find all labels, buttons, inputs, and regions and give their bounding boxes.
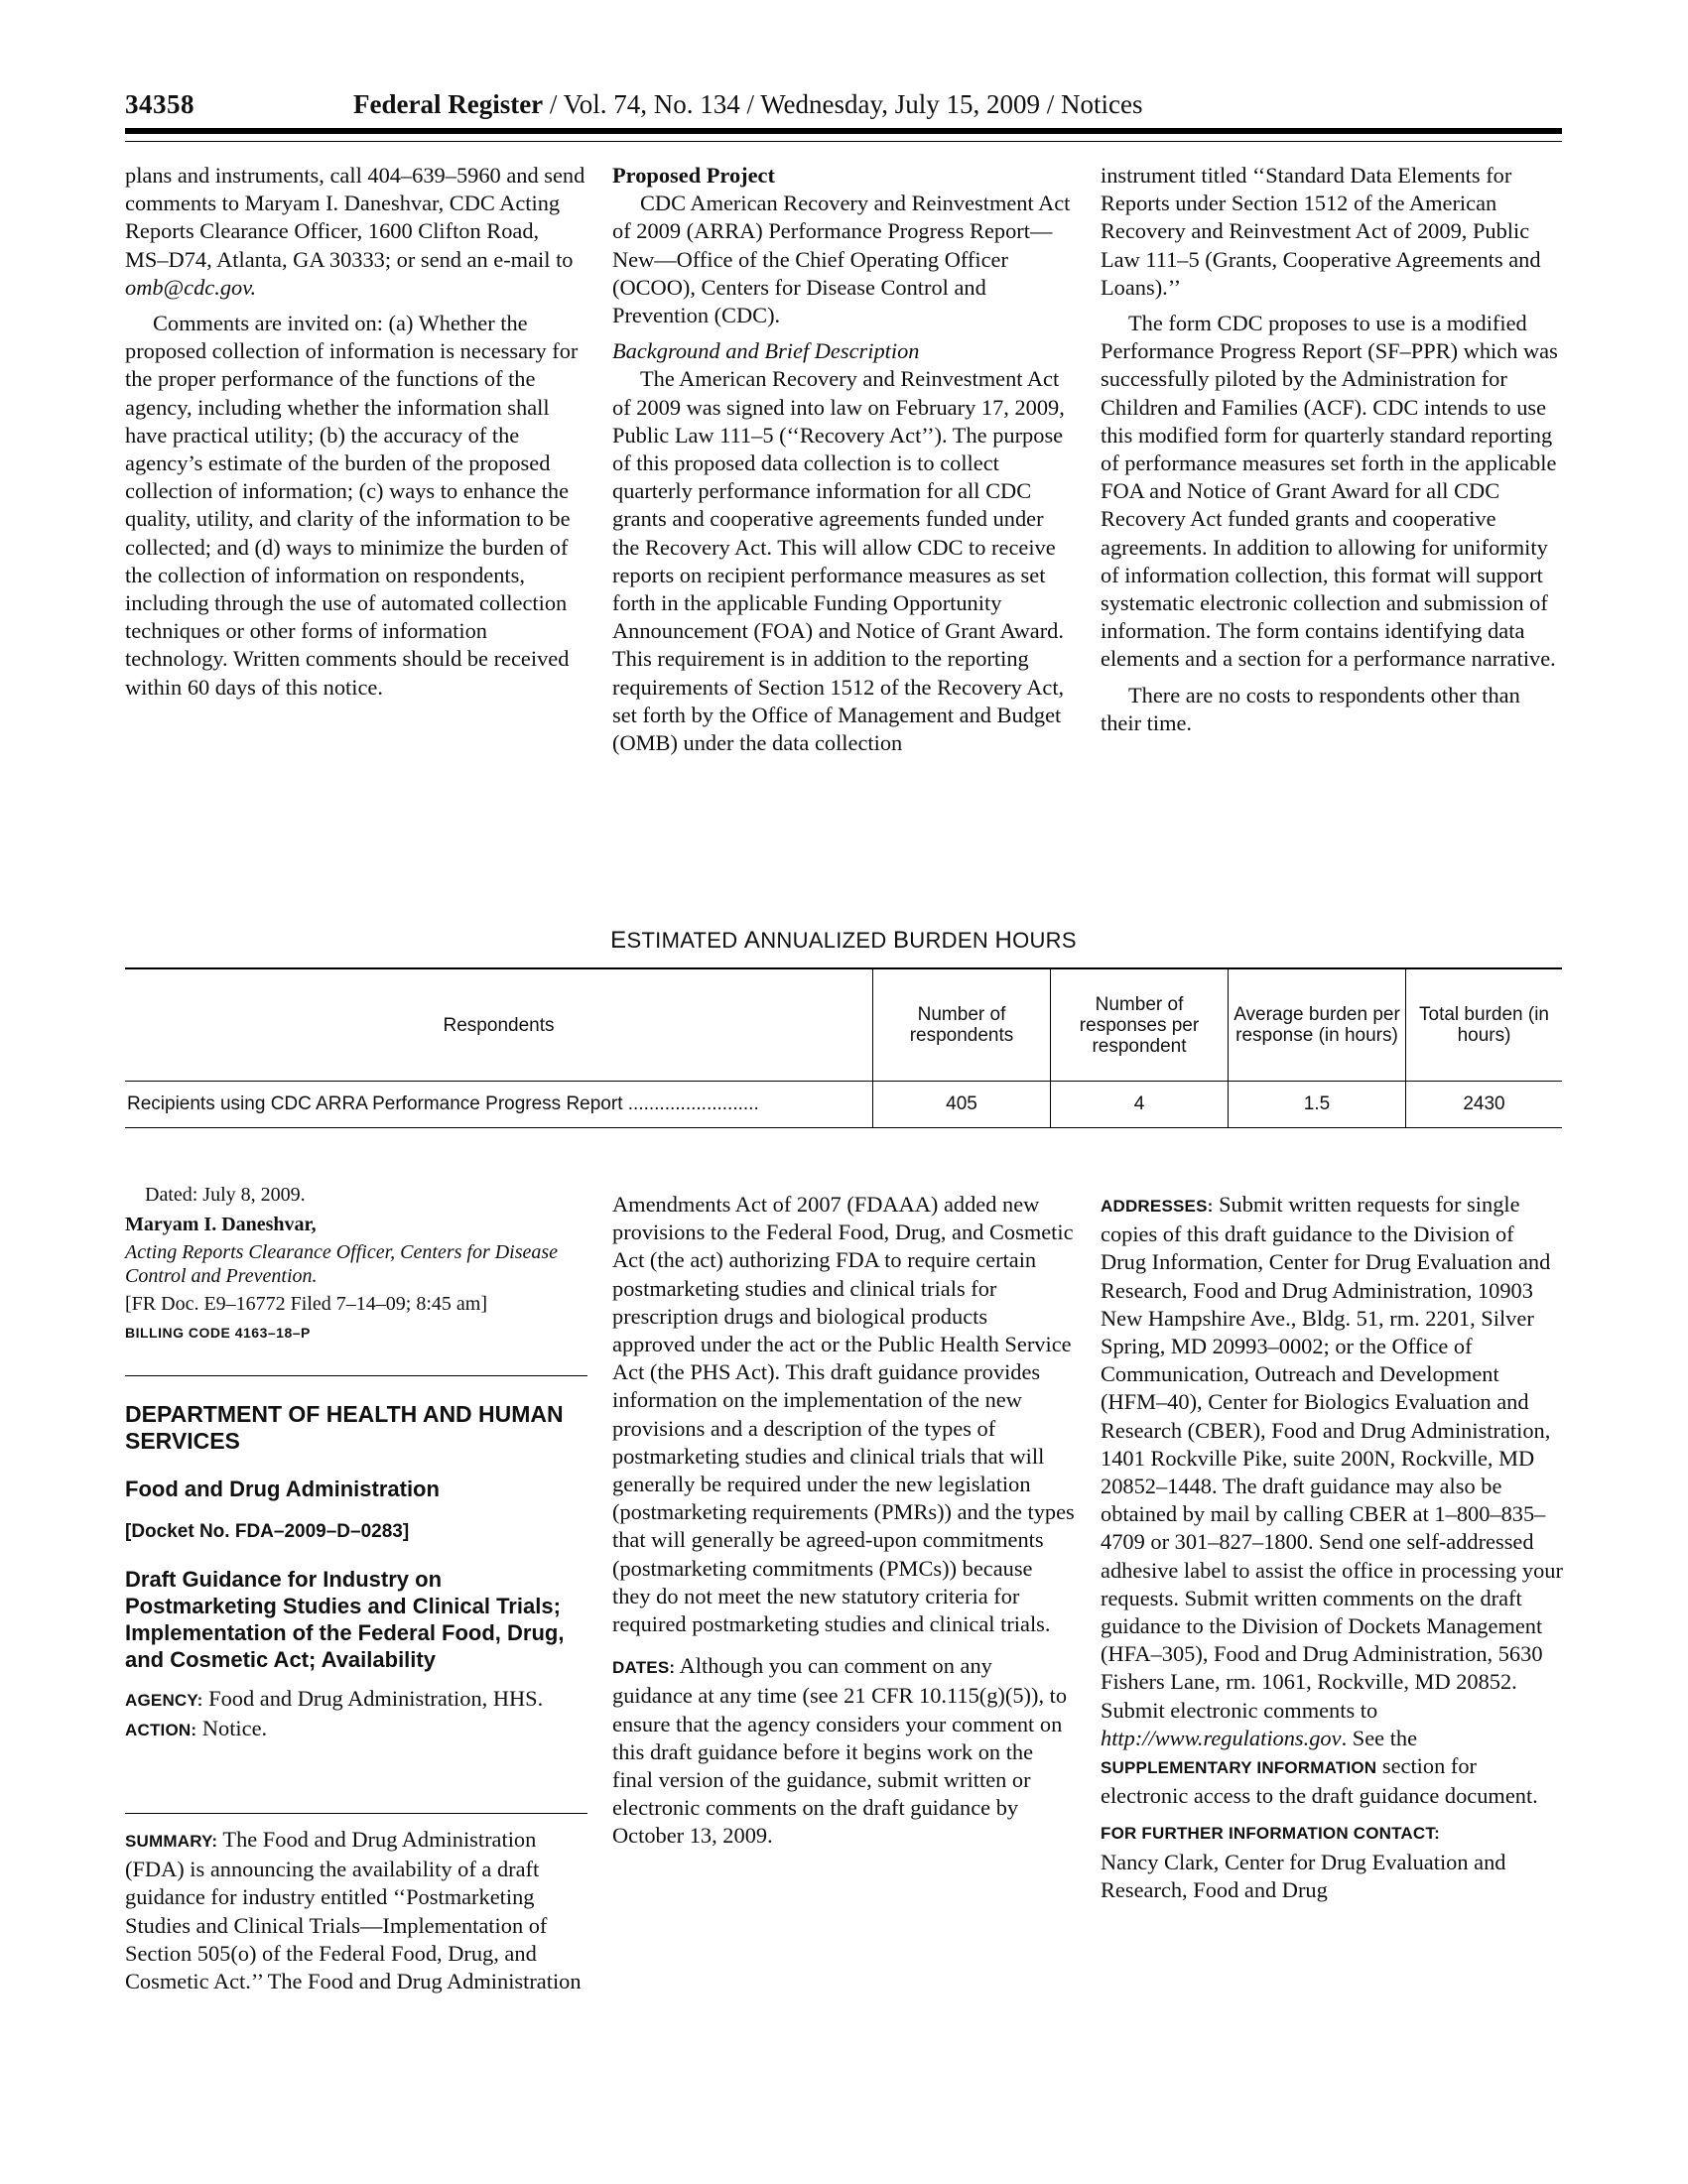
header-thin-rule	[125, 141, 1562, 142]
cell-respondents: Recipients using CDC ARRA Performance Pr…	[125, 1082, 873, 1128]
summary-paragraph: SUMMARY: The Food and Drug Administratio…	[125, 1826, 587, 1995]
summary-continued: Amendments Act of 2007 (FDAAA) added new…	[612, 1191, 1075, 1638]
col-header-total-burden: Total burden (in hours)	[1406, 968, 1563, 1082]
column-2-bottom: Amendments Act of 2007 (FDAAA) added new…	[612, 1191, 1075, 1851]
running-header: 34358 Federal Register / Vol. 74, No. 13…	[125, 89, 1562, 129]
signatory-title: Acting Reports Clearance Officer, Center…	[125, 1240, 587, 1288]
table-header-row: Respondents Number of respondents Number…	[125, 968, 1562, 1082]
column-2-top: Proposed Project CDC American Recovery a…	[612, 162, 1075, 757]
contact-text: Nancy Clark, Center for Drug Evaluation …	[1101, 1849, 1563, 1904]
background-heading: Background and Brief Description	[612, 337, 1075, 365]
burden-table: Respondents Number of respondents Number…	[125, 967, 1562, 1128]
billing-code: BILLING CODE 4163–18–P	[125, 1319, 587, 1347]
col-header-avg-burden: Average burden per response (in hours)	[1229, 968, 1406, 1082]
running-head-title: Federal Register / Vol. 74, No. 134 / We…	[353, 89, 1142, 120]
form-paragraph: The form CDC proposes to use is a modifi…	[1101, 310, 1563, 674]
project-description: CDC American Recovery and Reinvestment A…	[612, 190, 1075, 329]
document-title: Draft Guidance for Industry on Postmarke…	[125, 1566, 587, 1673]
dates-paragraph: DATES: Although you can comment on any g…	[612, 1652, 1075, 1850]
col-header-responses-per: Number of responses per respondent	[1051, 968, 1229, 1082]
page-number: 34358	[125, 89, 195, 120]
column-3-bottom: ADDRESSES: Submit written requests for s…	[1101, 1191, 1563, 1904]
column-1-top: plans and instruments, call 404–639–5960…	[125, 162, 587, 702]
background-paragraph: The American Recovery and Reinvestment A…	[612, 365, 1075, 757]
addresses-paragraph: ADDRESSES: Submit written requests for s…	[1101, 1191, 1563, 1810]
action-line: ACTION: Notice.	[125, 1715, 587, 1744]
column-1-notice: DEPARTMENT OF HEALTH AND HUMAN SERVICES …	[125, 1401, 587, 1745]
contact-heading: FOR FURTHER INFORMATION CONTACT:	[1101, 1820, 1563, 1848]
cell-num-respondents: 405	[873, 1082, 1051, 1128]
email-link[interactable]: omb@cdc.gov.	[125, 275, 256, 300]
column-3-top: instrument titled ‘‘Standard Data Elemen…	[1101, 162, 1563, 737]
column-1-summary: SUMMARY: The Food and Drug Administratio…	[125, 1826, 587, 1995]
cell-avg-burden: 1.5	[1229, 1082, 1406, 1128]
contact-paragraph: plans and instruments, call 404–639–5960…	[125, 162, 587, 302]
table-title: ESTIMATED ANNUALIZED BURDEN HOURS	[125, 927, 1562, 955]
signature-date: Dated: July 8, 2009.	[125, 1181, 587, 1209]
table-row: Recipients using CDC ARRA Performance Pr…	[125, 1082, 1562, 1128]
publication-name: Federal Register	[353, 89, 543, 119]
col-header-respondents: Respondents	[125, 968, 873, 1082]
docket-number: [Docket No. FDA–2009–D–0283]	[125, 1518, 587, 1546]
agency-heading: Food and Drug Administration	[125, 1476, 587, 1502]
instrument-paragraph: instrument titled ‘‘Standard Data Elemen…	[1101, 162, 1563, 302]
comments-paragraph: Comments are invited on: (a) Whether the…	[125, 310, 587, 702]
fr-doc-number: [FR Doc. E9–16772 Filed 7–14–09; 8:45 am…	[125, 1290, 587, 1318]
summary-divider	[125, 1813, 587, 1814]
volume-info: / Vol. 74, No. 134 / Wednesday, July 15,…	[543, 89, 1142, 119]
cell-responses-per: 4	[1051, 1082, 1229, 1128]
col-header-number-respondents: Number of respondents	[873, 968, 1051, 1082]
column-1-bottom: Dated: July 8, 2009. Maryam I. Daneshvar…	[125, 1181, 587, 1347]
regulations-link[interactable]: http://www.regulations.gov	[1101, 1726, 1342, 1750]
proposed-project-heading: Proposed Project	[612, 162, 1075, 190]
section-divider	[125, 1375, 587, 1376]
cell-total-burden: 2430	[1406, 1082, 1563, 1128]
signatory-name: Maryam I. Daneshvar,	[125, 1211, 587, 1238]
costs-paragraph: There are no costs to respondents other …	[1101, 682, 1563, 737]
department-heading: DEPARTMENT OF HEALTH AND HUMAN SERVICES	[125, 1401, 587, 1455]
header-thick-rule	[125, 128, 1562, 134]
agency-line: AGENCY: Food and Drug Administration, HH…	[125, 1685, 587, 1715]
